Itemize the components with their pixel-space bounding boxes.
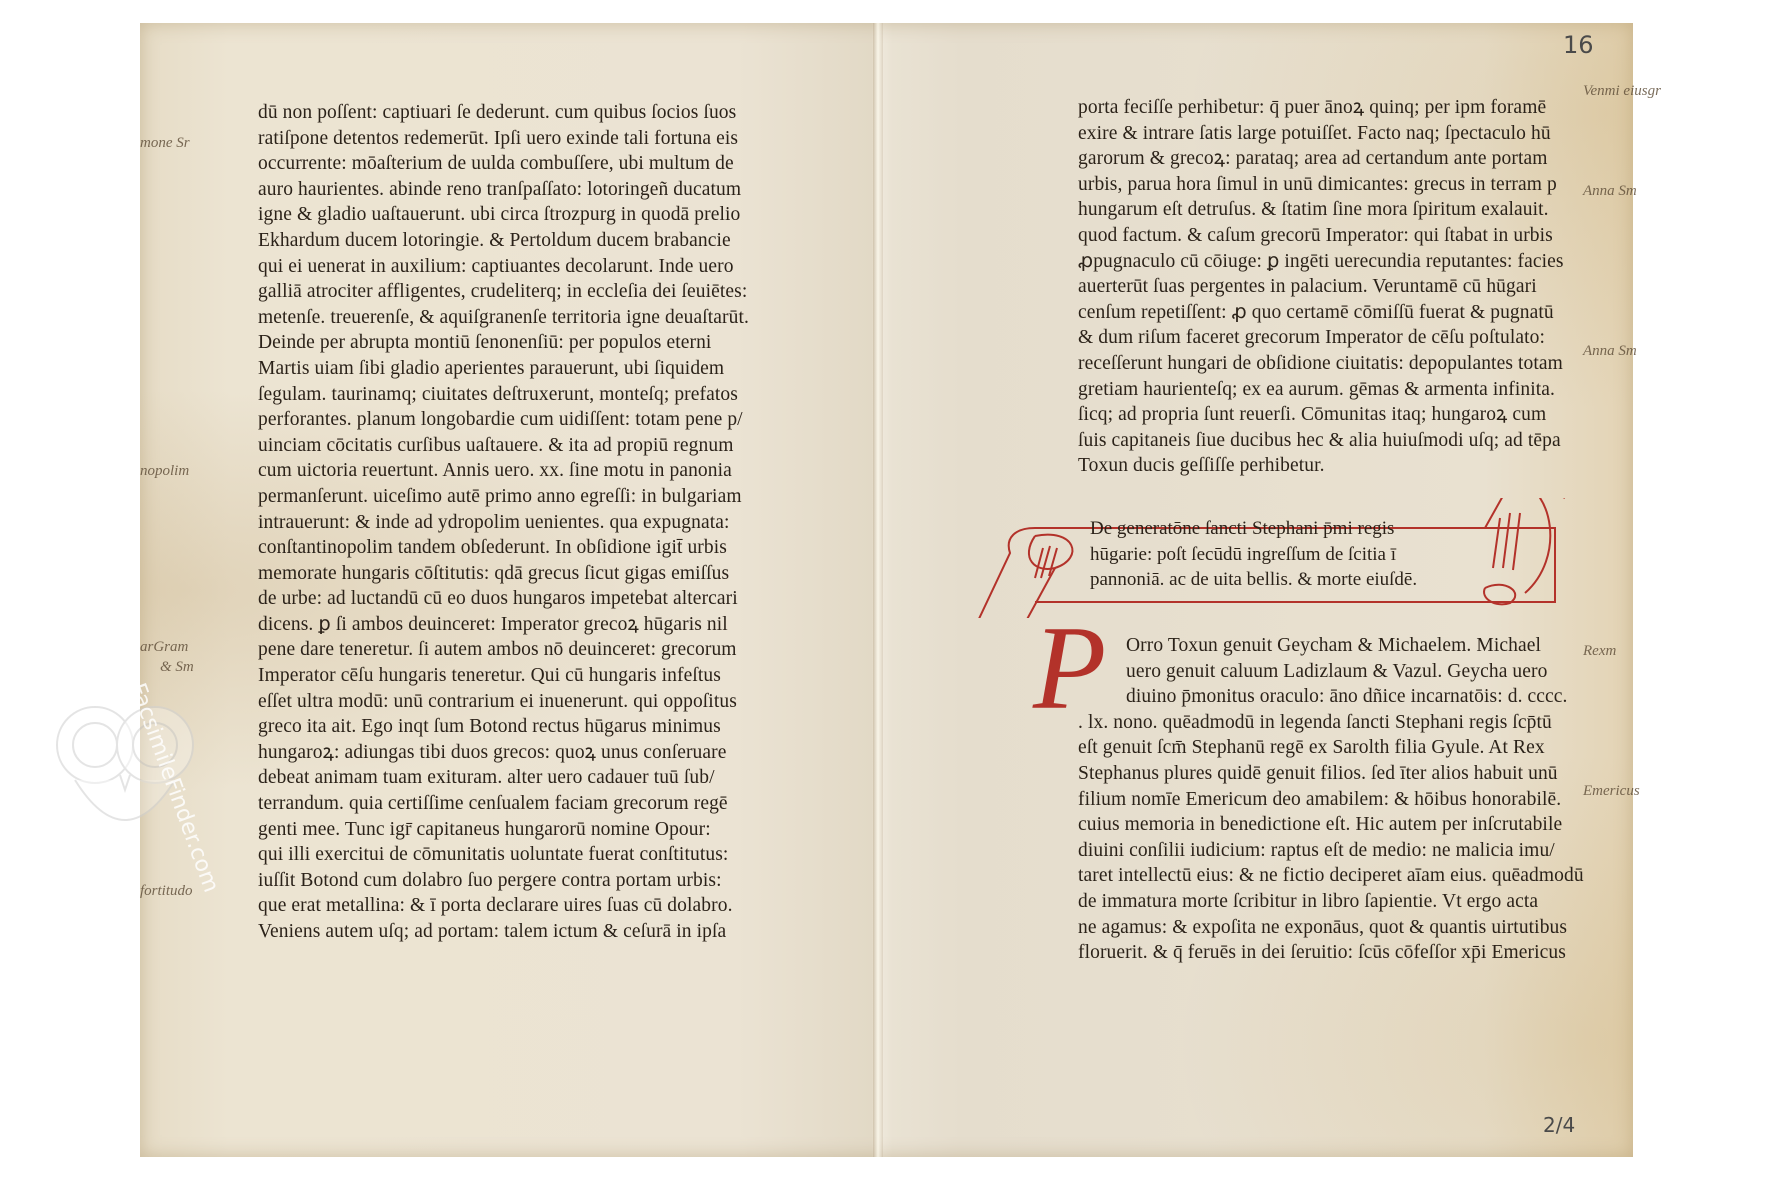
- book-spread: dū non poſſent: captiuari ſe dederunt. c…: [140, 23, 1633, 1157]
- text-line: genti mee. Tunc igr̄ capitaneus hungaror…: [258, 817, 843, 843]
- text-line: auerterūt ſuas pergentes in palacium. Ve…: [1078, 274, 1663, 300]
- marginal-note: Venmi eiusgr: [1583, 83, 1661, 100]
- text-line: iuſſit Botond cum dolabro ſuo pergere co…: [258, 868, 843, 894]
- marginal-note: Anna Sm: [1583, 343, 1637, 360]
- text-line: garorum & grecoꝝ: parataq; area ad certa…: [1078, 146, 1663, 172]
- text-line: urbis, parua hora ſimul in unū dimicante…: [1078, 172, 1663, 198]
- text-line: qui illi exercitui de cōmunitatis uolunt…: [258, 842, 843, 868]
- text-line: eſſet ultra modū: unū contrarium ei inue…: [258, 689, 843, 715]
- chapter-heading: De generatōne ſancti Stephani p̄mi regis…: [1090, 516, 1417, 593]
- text-line: auro haurientes. abinde reno tranſpaſſat…: [258, 177, 843, 203]
- text-line: receſſerunt hungari de obſidione ciuitat…: [1078, 351, 1663, 377]
- text-line: taret intellectū eius: & ne fictio decip…: [1078, 863, 1663, 889]
- left-page-text: dū non poſſent: captiuari ſe dederunt. c…: [258, 100, 843, 945]
- text-line: permanſerunt. uiceſimo autē primo anno e…: [258, 484, 843, 510]
- text-line: eſt genuit ſcm̄ Stephanū regē ex Sarolth…: [1078, 735, 1663, 761]
- text-line: pene dare teneretur. ſi autem ambos nō d…: [258, 637, 843, 663]
- text-line: ratiſpone detentos redemerūt. Ipſi uero …: [258, 126, 843, 152]
- right-page-text-top: porta feciſſe perhibetur: q̄ puer ānoꝝ q…: [1078, 95, 1663, 479]
- text-line: occurrente: mōaſterium de uulda combuſſe…: [258, 151, 843, 177]
- page-note: 2/4: [1543, 1113, 1575, 1137]
- text-line: cum uictoria reuertunt. Annis uero. xx. …: [258, 458, 843, 484]
- text-line: Toxun ducis geſſiſſe perhibetur.: [1078, 453, 1663, 479]
- marginal-note: nopolim: [140, 463, 189, 480]
- text-line: greco ita ait. Ego inqt ſum Botond rectu…: [258, 714, 843, 740]
- text-line: perforantes. planum longobardie cum uidi…: [258, 407, 843, 433]
- folio-number: 16: [1563, 31, 1594, 59]
- text-line: exire & intrare ſatis large potuiſſet. F…: [1078, 121, 1663, 147]
- text-line: uero genuit caluum Ladizlaum & Vazul. Ge…: [1078, 659, 1663, 685]
- text-line: conſtantinopolim tandem obſederunt. In o…: [258, 535, 843, 561]
- marginal-note: Rexm: [1583, 643, 1616, 660]
- text-line: ſegulam. taurinamq; ciuitates deſtruxeru…: [258, 382, 843, 408]
- text-line: memorate hungaris cōſtitutis: qdā grecus…: [258, 561, 843, 587]
- book-spine: [873, 23, 883, 1157]
- chapter-heading-banner: De generatōne ſancti Stephani p̄mi regis…: [965, 498, 1565, 608]
- chapter-heading-line: hūgarie: poſt ſecūdū ingreſſum de ſcitia…: [1090, 542, 1417, 568]
- chapter-heading-line: De generatōne ſancti Stephani p̄mi regis: [1090, 516, 1417, 542]
- text-line: Ekhardum ducem lotoringie. & Pertoldum d…: [258, 228, 843, 254]
- text-line: de urbe: ad luctandū cū eo duos hungaros…: [258, 586, 843, 612]
- text-line: igne & gladio uaſtauerunt. ubi circa ſtr…: [258, 202, 843, 228]
- text-line: de immatura morte ſcribitur in libro ſap…: [1078, 889, 1663, 915]
- text-line: Orro Toxun genuit Geycham & Michaelem. M…: [1078, 633, 1663, 659]
- text-line: gretiam haurienteſq; ex ea aurum. gēmas …: [1078, 377, 1663, 403]
- text-line: diuini conſilii iudicium: raptus eſt de …: [1078, 838, 1663, 864]
- text-line: cuius memoria in benedictione eſt. Hic a…: [1078, 812, 1663, 838]
- text-line: que erat metallina: & ī porta declarare …: [258, 893, 843, 919]
- text-line: dū non poſſent: captiuari ſe dederunt. c…: [258, 100, 843, 126]
- right-page: 16 porta feciſſe perhibetur: q̄ puer āno…: [883, 23, 1633, 1157]
- marginal-note: arGram: [140, 639, 188, 656]
- marginal-note: & Sm: [160, 659, 194, 676]
- text-line: uinciam cōcitatis curſibus uaſtauere. & …: [258, 433, 843, 459]
- text-line: Imperator cēſu hungaris teneretur. Qui c…: [258, 663, 843, 689]
- marginal-note: mone Sr: [140, 135, 190, 152]
- marginal-note: fortitudo: [140, 883, 193, 900]
- text-line: porta feciſſe perhibetur: q̄ puer ānoꝝ q…: [1078, 95, 1663, 121]
- text-line: cenſum repetiſſent: ꝓ quo certamē cōmiſſ…: [1078, 300, 1663, 326]
- right-page-text-bottom: Orro Toxun genuit Geycham & Michaelem. M…: [1078, 633, 1663, 966]
- text-line: dicens. ꝑ ſi ambos deuinceret: Imperator…: [258, 612, 843, 638]
- text-line: terrandum. quia certiſſime cenſualem fac…: [258, 791, 843, 817]
- text-line: metenſe. treuerenſe, & aquiſgranenſe ter…: [258, 305, 843, 331]
- marginal-note: Anna Sm: [1583, 183, 1637, 200]
- text-line: . lx. nono. quēadmodū in legenda ſancti …: [1078, 710, 1663, 736]
- text-line: Stephanus plures quidē genuit filios. ſe…: [1078, 761, 1663, 787]
- chapter-heading-line: pannoniā. ac de uita bellis. & morte eiu…: [1090, 567, 1417, 593]
- text-line: floruerit. & q̄ feruēs in dei ſeruitio: …: [1078, 940, 1663, 966]
- text-line: galliā atrociter affligentes, crudeliter…: [258, 279, 843, 305]
- text-line: ſuis capitaneis ſiue ducibus hec & alia …: [1078, 428, 1663, 454]
- text-line: intrauerunt: & inde ad ydropolim uenient…: [258, 510, 843, 536]
- marginal-note: Emericus: [1583, 783, 1640, 800]
- text-line: & dum riſum faceret grecorum Imperator d…: [1078, 325, 1663, 351]
- text-line: ꝓpugnaculo cū cōiuge: ꝑ ingēti uerecundi…: [1078, 249, 1663, 275]
- text-line: hungaroꝝ: adiungas tibi duos grecos: quo…: [258, 740, 843, 766]
- text-line: hungarum eſt detruſus. & ſtatim ſine mor…: [1078, 197, 1663, 223]
- text-line: qui ei uenerat in auxilium: captiuantes …: [258, 254, 843, 280]
- text-line: Veniens autem uſq; ad portam: talem ictu…: [258, 919, 843, 945]
- text-line: filium nomīe Emericum deo amabilem: & hō…: [1078, 787, 1663, 813]
- text-line: quod factum. & caſum grecorū Imperator: …: [1078, 223, 1663, 249]
- text-line: diuino p̄monitus oraculo: āno dñice inca…: [1078, 684, 1663, 710]
- text-line: ſicq; ad propria ſunt reuerſi. Cōmunitas…: [1078, 402, 1663, 428]
- text-line: Martis uiam ſibi gladio aperientes parau…: [258, 356, 843, 382]
- text-line: ne agamus: & expoſita ne exponāus, quot …: [1078, 915, 1663, 941]
- left-page: dū non poſſent: captiuari ſe dederunt. c…: [140, 23, 873, 1157]
- text-line: debeat animam tuam exituram. alter uero …: [258, 765, 843, 791]
- text-line: Deinde per abrupta montiū ſenonenſiū: pe…: [258, 330, 843, 356]
